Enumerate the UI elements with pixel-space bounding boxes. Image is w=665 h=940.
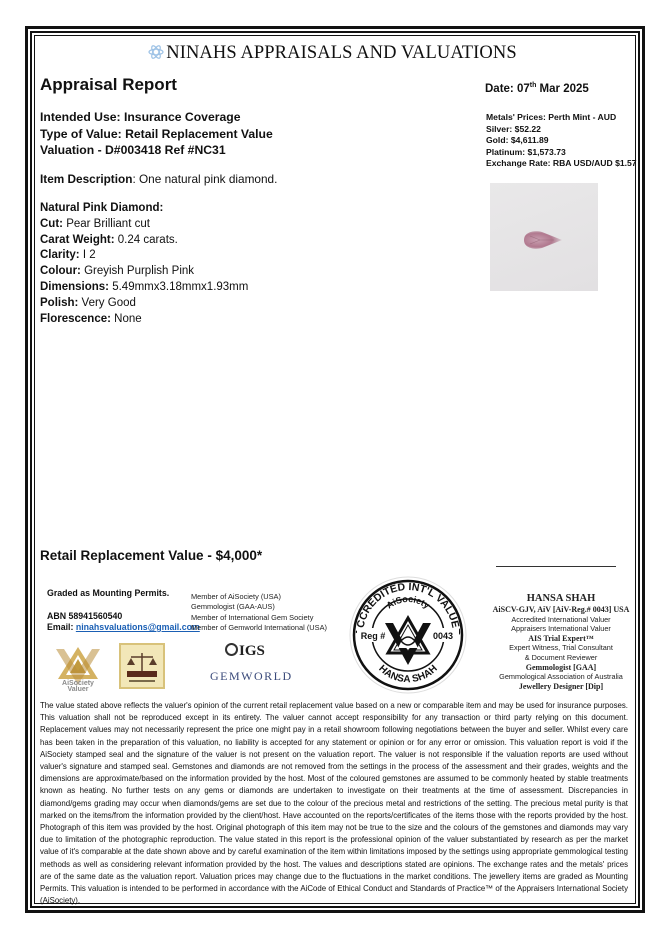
company-name: NINAHS APPRAISALS AND VALUATIONS — [166, 43, 516, 63]
memberships-list: Member of AiSociety (USA) Gemmologist (G… — [191, 592, 327, 634]
spec-florescence: Florescence: None — [40, 312, 248, 328]
specs-heading: Natural Pink Diamond: — [40, 201, 248, 217]
membership-item: Member of Gemworld International (USA) — [191, 623, 327, 633]
email-line: Email: ninahsvaluations@gmail.com — [47, 622, 200, 632]
valuation-ref: Valuation - D#003418 Ref #NC31 — [40, 142, 273, 159]
exchange-rate: Exchange Rate: RBA USD/AUD $1.57 — [486, 158, 637, 170]
valuer-line: AIS Trial Expert™ — [476, 634, 646, 644]
intended-use: Intended Use: Insurance Coverage — [40, 109, 273, 126]
trial-expert-badge-icon — [119, 643, 165, 689]
valuer-line: & Document Reviewer — [476, 653, 646, 663]
membership-item: Member of International Gem Society — [191, 613, 327, 623]
spec-cut: Cut: Pear Brilliant cut — [40, 217, 248, 233]
diamond-photo — [490, 183, 598, 291]
email-link[interactable]: ninahsvaluations@gmail.com — [76, 622, 200, 632]
valuer-credentials: HANSA SHAH AiSCV-GJV, AiV [AiV-Reg.# 004… — [476, 593, 646, 691]
gold-price: Gold: $4,611.89 — [486, 135, 637, 147]
aisociety-valuer-badge-icon: AiSociety Valuer — [54, 641, 102, 691]
aisociety-seal-icon: ACCREDITED INT'L VALUER HANSA SHAH AiSoc… — [343, 573, 473, 698]
retail-replacement-value: Retail Replacement Value - $4,000* — [40, 548, 262, 563]
signature-line — [496, 566, 616, 567]
abn-number: ABN 58941560540 — [47, 611, 122, 621]
disclaimer-text: The value stated above reflects the valu… — [40, 700, 628, 907]
valuer-line: Gemmological Association of Australia — [476, 672, 646, 682]
valuer-line: Accredited International Valuer — [476, 615, 646, 625]
valuer-line: Appraisers International Valuer — [476, 624, 646, 634]
spec-colour: Colour: Greyish Purplish Pink — [40, 264, 248, 280]
silver-price: Silver: $52.22 — [486, 124, 637, 136]
valuer-line: Gemmologist [GAA] — [476, 663, 646, 673]
membership-item: Member of AiSociety (USA) — [191, 592, 327, 602]
valuer-line: Jewellery Designer [Dip] — [476, 682, 646, 692]
igs-emblem-icon — [225, 643, 238, 656]
spec-carat: Carat Weight: 0.24 carats. — [40, 233, 248, 249]
diamond-specs: Natural Pink Diamond: Cut: Pear Brillian… — [40, 201, 248, 327]
spec-dimensions: Dimensions: 5.49mmx3.18mmx1.93mm — [40, 280, 248, 296]
valuer-creds: AiSCV-GJV, AiV [AiV-Reg.# 0043] USA — [476, 605, 646, 615]
report-date: Date: 07th Mar 2025 — [485, 82, 589, 95]
pear-diamond-image — [520, 228, 564, 252]
svg-text:Valuer: Valuer — [67, 686, 88, 691]
valuation-meta: Intended Use: Insurance Coverage Type of… — [40, 109, 273, 159]
graded-note: Graded as Mounting Permits. — [47, 588, 169, 598]
membership-item: Gemmologist (GAA-AUS) — [191, 602, 327, 612]
spec-polish: Polish: Very Good — [40, 296, 248, 312]
svg-text:Reg #: Reg # — [361, 631, 386, 641]
metals-prices: Metals' Prices: Perth Mint - AUD Silver:… — [486, 112, 637, 170]
page-title: Appraisal Report — [40, 75, 177, 95]
svg-text:0043: 0043 — [433, 631, 453, 641]
spec-clarity: Clarity: I 2 — [40, 248, 248, 264]
item-description: Item Description: One natural pink diamo… — [40, 172, 277, 186]
company-logo-icon — [148, 44, 164, 60]
gemworld-logo: GEMWORLD — [210, 669, 293, 684]
type-of-value: Type of Value: Retail Replacement Value — [40, 126, 273, 143]
company-header: NINAHS APPRAISALS AND VALUATIONS — [0, 43, 665, 64]
valuer-line: Expert Witness, Trial Consultant — [476, 643, 646, 653]
metals-heading: Metals' Prices: Perth Mint - AUD — [486, 112, 637, 124]
platinum-price: Platinum: $1,573.73 — [486, 147, 637, 159]
igs-logo: IGS — [225, 643, 265, 660]
valuer-name: HANSA SHAH — [476, 593, 646, 605]
